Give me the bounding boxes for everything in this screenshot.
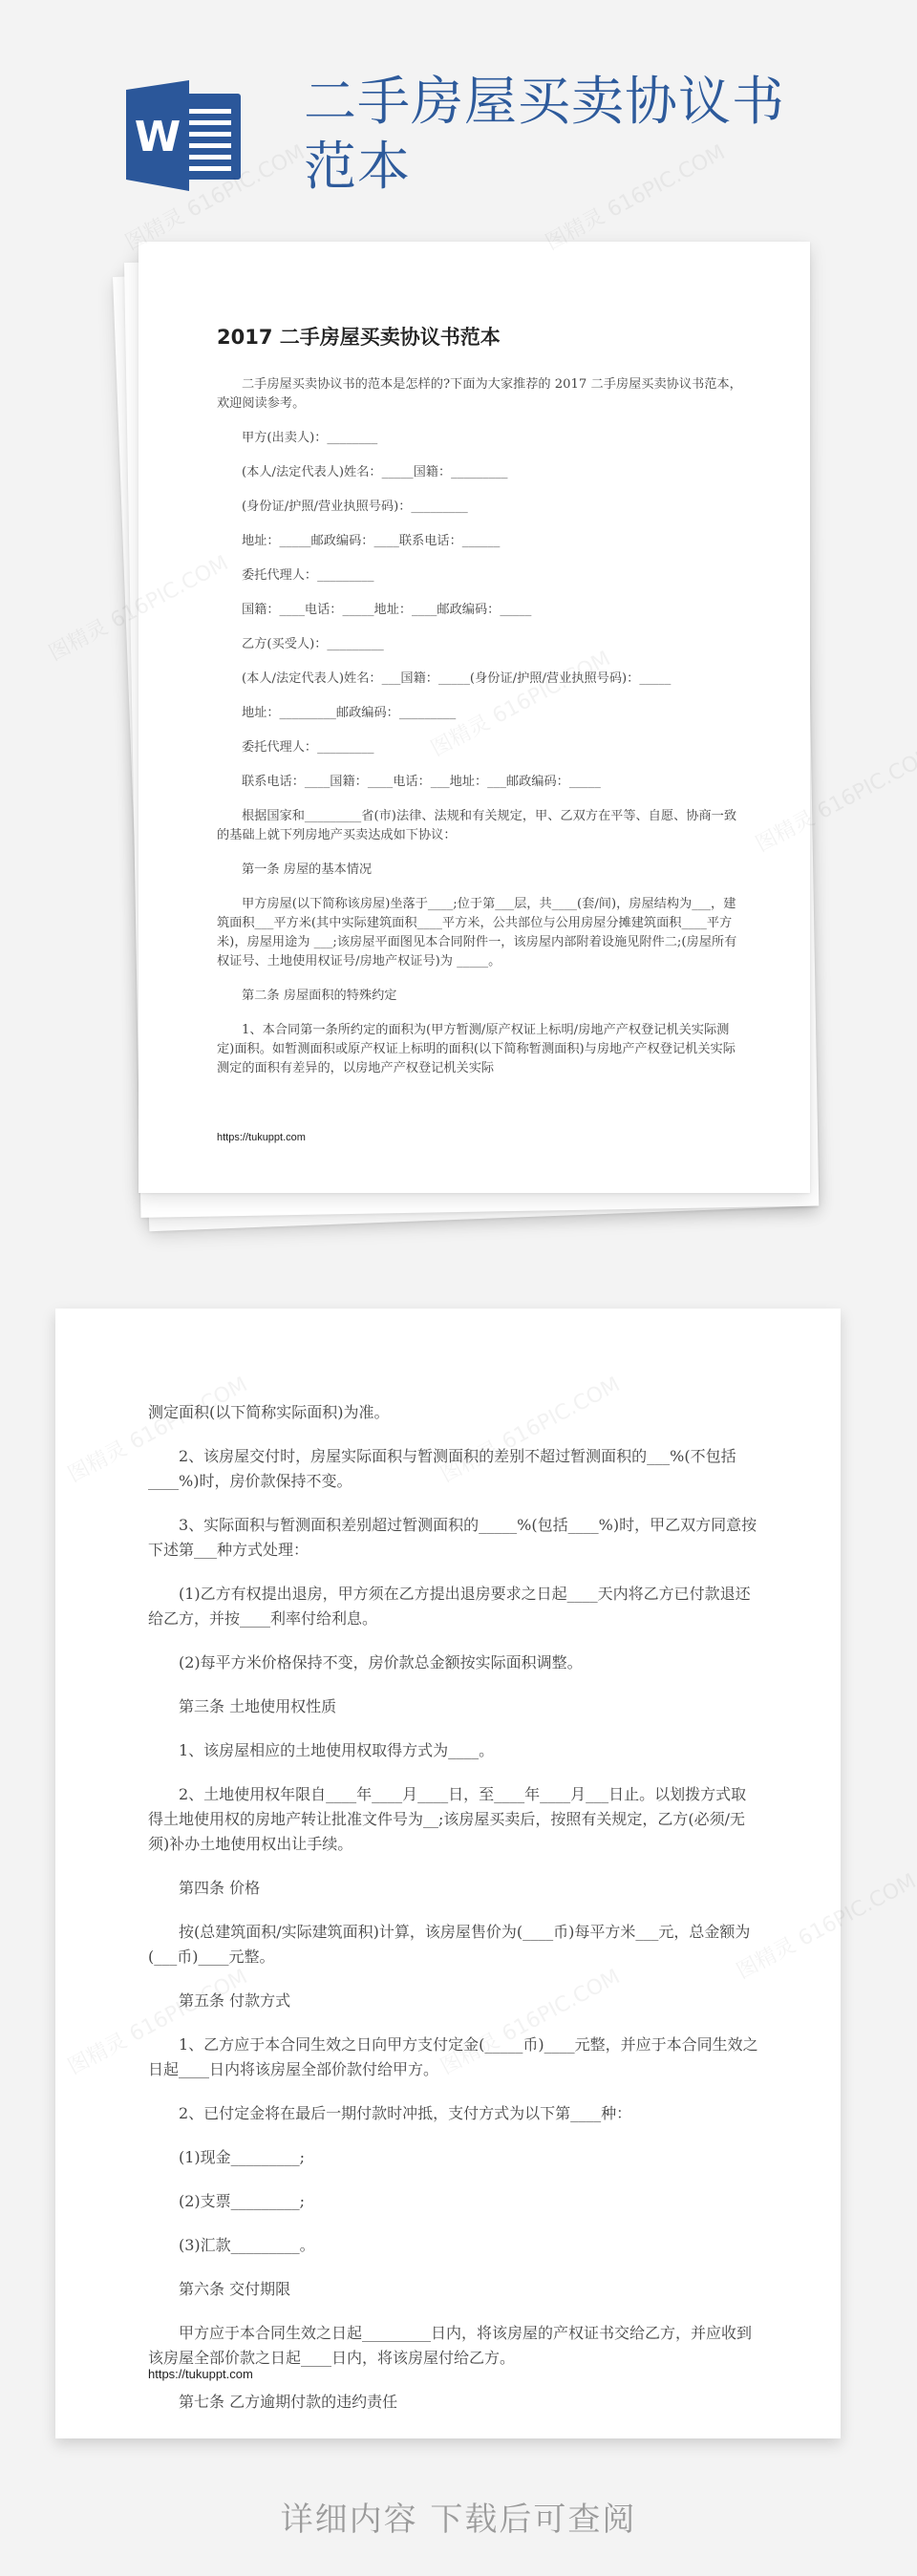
seller-name-field: (本人/法定代表人)姓名：_____国籍：_________ bbox=[217, 463, 742, 482]
article-2-heading: 第二条 房屋面积的特殊约定 bbox=[217, 987, 742, 1006]
payment-check: (2)支票_________; bbox=[148, 2189, 759, 2214]
article-5-clause-2: 2、已付定金将在最后一期付款时冲抵，支付方式为以下第____种： bbox=[148, 2101, 759, 2126]
seller-agent-contact-field: 国籍：____电话：_____地址：____邮政编码：_____ bbox=[217, 601, 742, 620]
article-2-clause-3: 3、实际面积与暂测面积差别超过暂测面积的_____%(包括____%)时，甲乙双… bbox=[148, 1513, 759, 1563]
word-document-icon: W bbox=[126, 80, 245, 191]
option-2-paragraph: (2)每平方米价格保持不变，房价款总金额按实际面积调整。 bbox=[148, 1650, 759, 1675]
article-6-paragraph: 甲方应于本合同生效之日起_________日内，将该房屋的产权证书交给乙方，并应… bbox=[148, 2321, 759, 2371]
svg-text:W: W bbox=[135, 113, 181, 161]
payment-remittance: (3)汇款_________。 bbox=[148, 2233, 759, 2258]
article-3-heading: 第三条 土地使用权性质 bbox=[148, 1694, 759, 1719]
article-3-clause-2: 2、土地使用权年限自____年____月____日，至____年____月___… bbox=[148, 1782, 759, 1857]
article-6-heading: 第六条 交付期限 bbox=[148, 2277, 759, 2302]
document-page-2: 测定面积(以下简称实际面积)为准。 2、该房屋交付时，房屋实际面积与暂测面积的差… bbox=[55, 1309, 841, 2438]
buyer-contact-field: 联系电话：____国籍：____电话：___地址：___邮政编码：_____ bbox=[217, 773, 742, 792]
article-7-heading: 第七条 乙方逾期付款的违约责任 bbox=[148, 2390, 759, 2415]
download-prompt[interactable]: 详细内容 下载后可查阅 bbox=[0, 2493, 917, 2540]
article-2-clause-2: 2、该房屋交付时，房屋实际面积与暂测面积的差别不超过暂测面积的___%(不包括_… bbox=[148, 1444, 759, 1494]
buyer-field: 乙方(买受人)：_________ bbox=[217, 635, 742, 654]
article-4-heading: 第四条 价格 bbox=[148, 1876, 759, 1901]
article-3-clause-1: 1、该房屋相应的土地使用权取得方式为____。 bbox=[148, 1738, 759, 1763]
footer-url: https://tukuppt.com bbox=[148, 2367, 253, 2381]
document-page-1: 2017 二手房屋买卖协议书范本 二手房屋买卖协议书的范本是怎样的?下面为大家推… bbox=[139, 242, 810, 1193]
article-5-clause-1: 1、乙方应于本合同生效之日向甲方支付定金(_____币)____元整，并应于本合… bbox=[148, 2033, 759, 2082]
buyer-name-field: (本人/法定代表人)姓名：___国籍：_____(身份证/护照/营业执照号码)：… bbox=[217, 670, 742, 689]
document-title: 2017 二手房屋买卖协议书范本 bbox=[217, 322, 501, 351]
page-title: 二手房屋买卖协议书范本 bbox=[304, 69, 800, 199]
option-1-paragraph: (1)乙方有权提出退房，甲方须在乙方提出退房要求之日起____天内将乙方已付款退… bbox=[148, 1582, 759, 1631]
buyer-agent-field: 委托代理人：_________ bbox=[217, 738, 742, 757]
buyer-address-field: 地址：_________邮政编码：_________ bbox=[217, 704, 742, 723]
article-2-clause-1: 1、本合同第一条所约定的面积为(甲方暂测/原产权证上标明/房地产产权登记机关实际… bbox=[217, 1021, 742, 1078]
page-2-body: 测定面积(以下简称实际面积)为准。 2、该房屋交付时，房屋实际面积与暂测面积的差… bbox=[148, 1400, 759, 2434]
payment-cash: (1)现金_________; bbox=[148, 2145, 759, 2170]
article-2-clause-1-cont: 测定面积(以下简称实际面积)为准。 bbox=[148, 1400, 759, 1425]
intro-paragraph: 二手房屋买卖协议书的范本是怎样的?下面为大家推荐的 2017 二手房屋买卖协议书… bbox=[217, 375, 742, 414]
article-4-paragraph: 按(总建筑面积/实际建筑面积)计算，该房屋售价为(____币)每平方米___元，… bbox=[148, 1920, 759, 1969]
seller-id-field: (身份证/护照/营业执照号码)：_________ bbox=[217, 498, 742, 517]
seller-field: 甲方(出卖人)：________ bbox=[217, 429, 742, 448]
article-1-paragraph: 甲方房屋(以下简称该房屋)坐落于____;位于第___层，共____(套/间)，… bbox=[217, 895, 742, 971]
article-5-heading: 第五条 付款方式 bbox=[148, 1989, 759, 2013]
seller-address-field: 地址：_____邮政编码：____联系电话：______ bbox=[217, 532, 742, 551]
seller-agent-field: 委托代理人：_________ bbox=[217, 566, 742, 585]
preamble-paragraph: 根据国家和_________省(市)法律、法规和有关规定，甲、乙双方在平等、自愿… bbox=[217, 807, 742, 845]
header: W 二手房屋买卖协议书范本 bbox=[0, 0, 917, 220]
article-1-heading: 第一条 房屋的基本情况 bbox=[217, 861, 742, 880]
page-1-body: 二手房屋买卖协议书的范本是怎样的?下面为大家推荐的 2017 二手房屋买卖协议书… bbox=[217, 375, 742, 1094]
footer-url: https://tukuppt.com bbox=[217, 1132, 306, 1143]
